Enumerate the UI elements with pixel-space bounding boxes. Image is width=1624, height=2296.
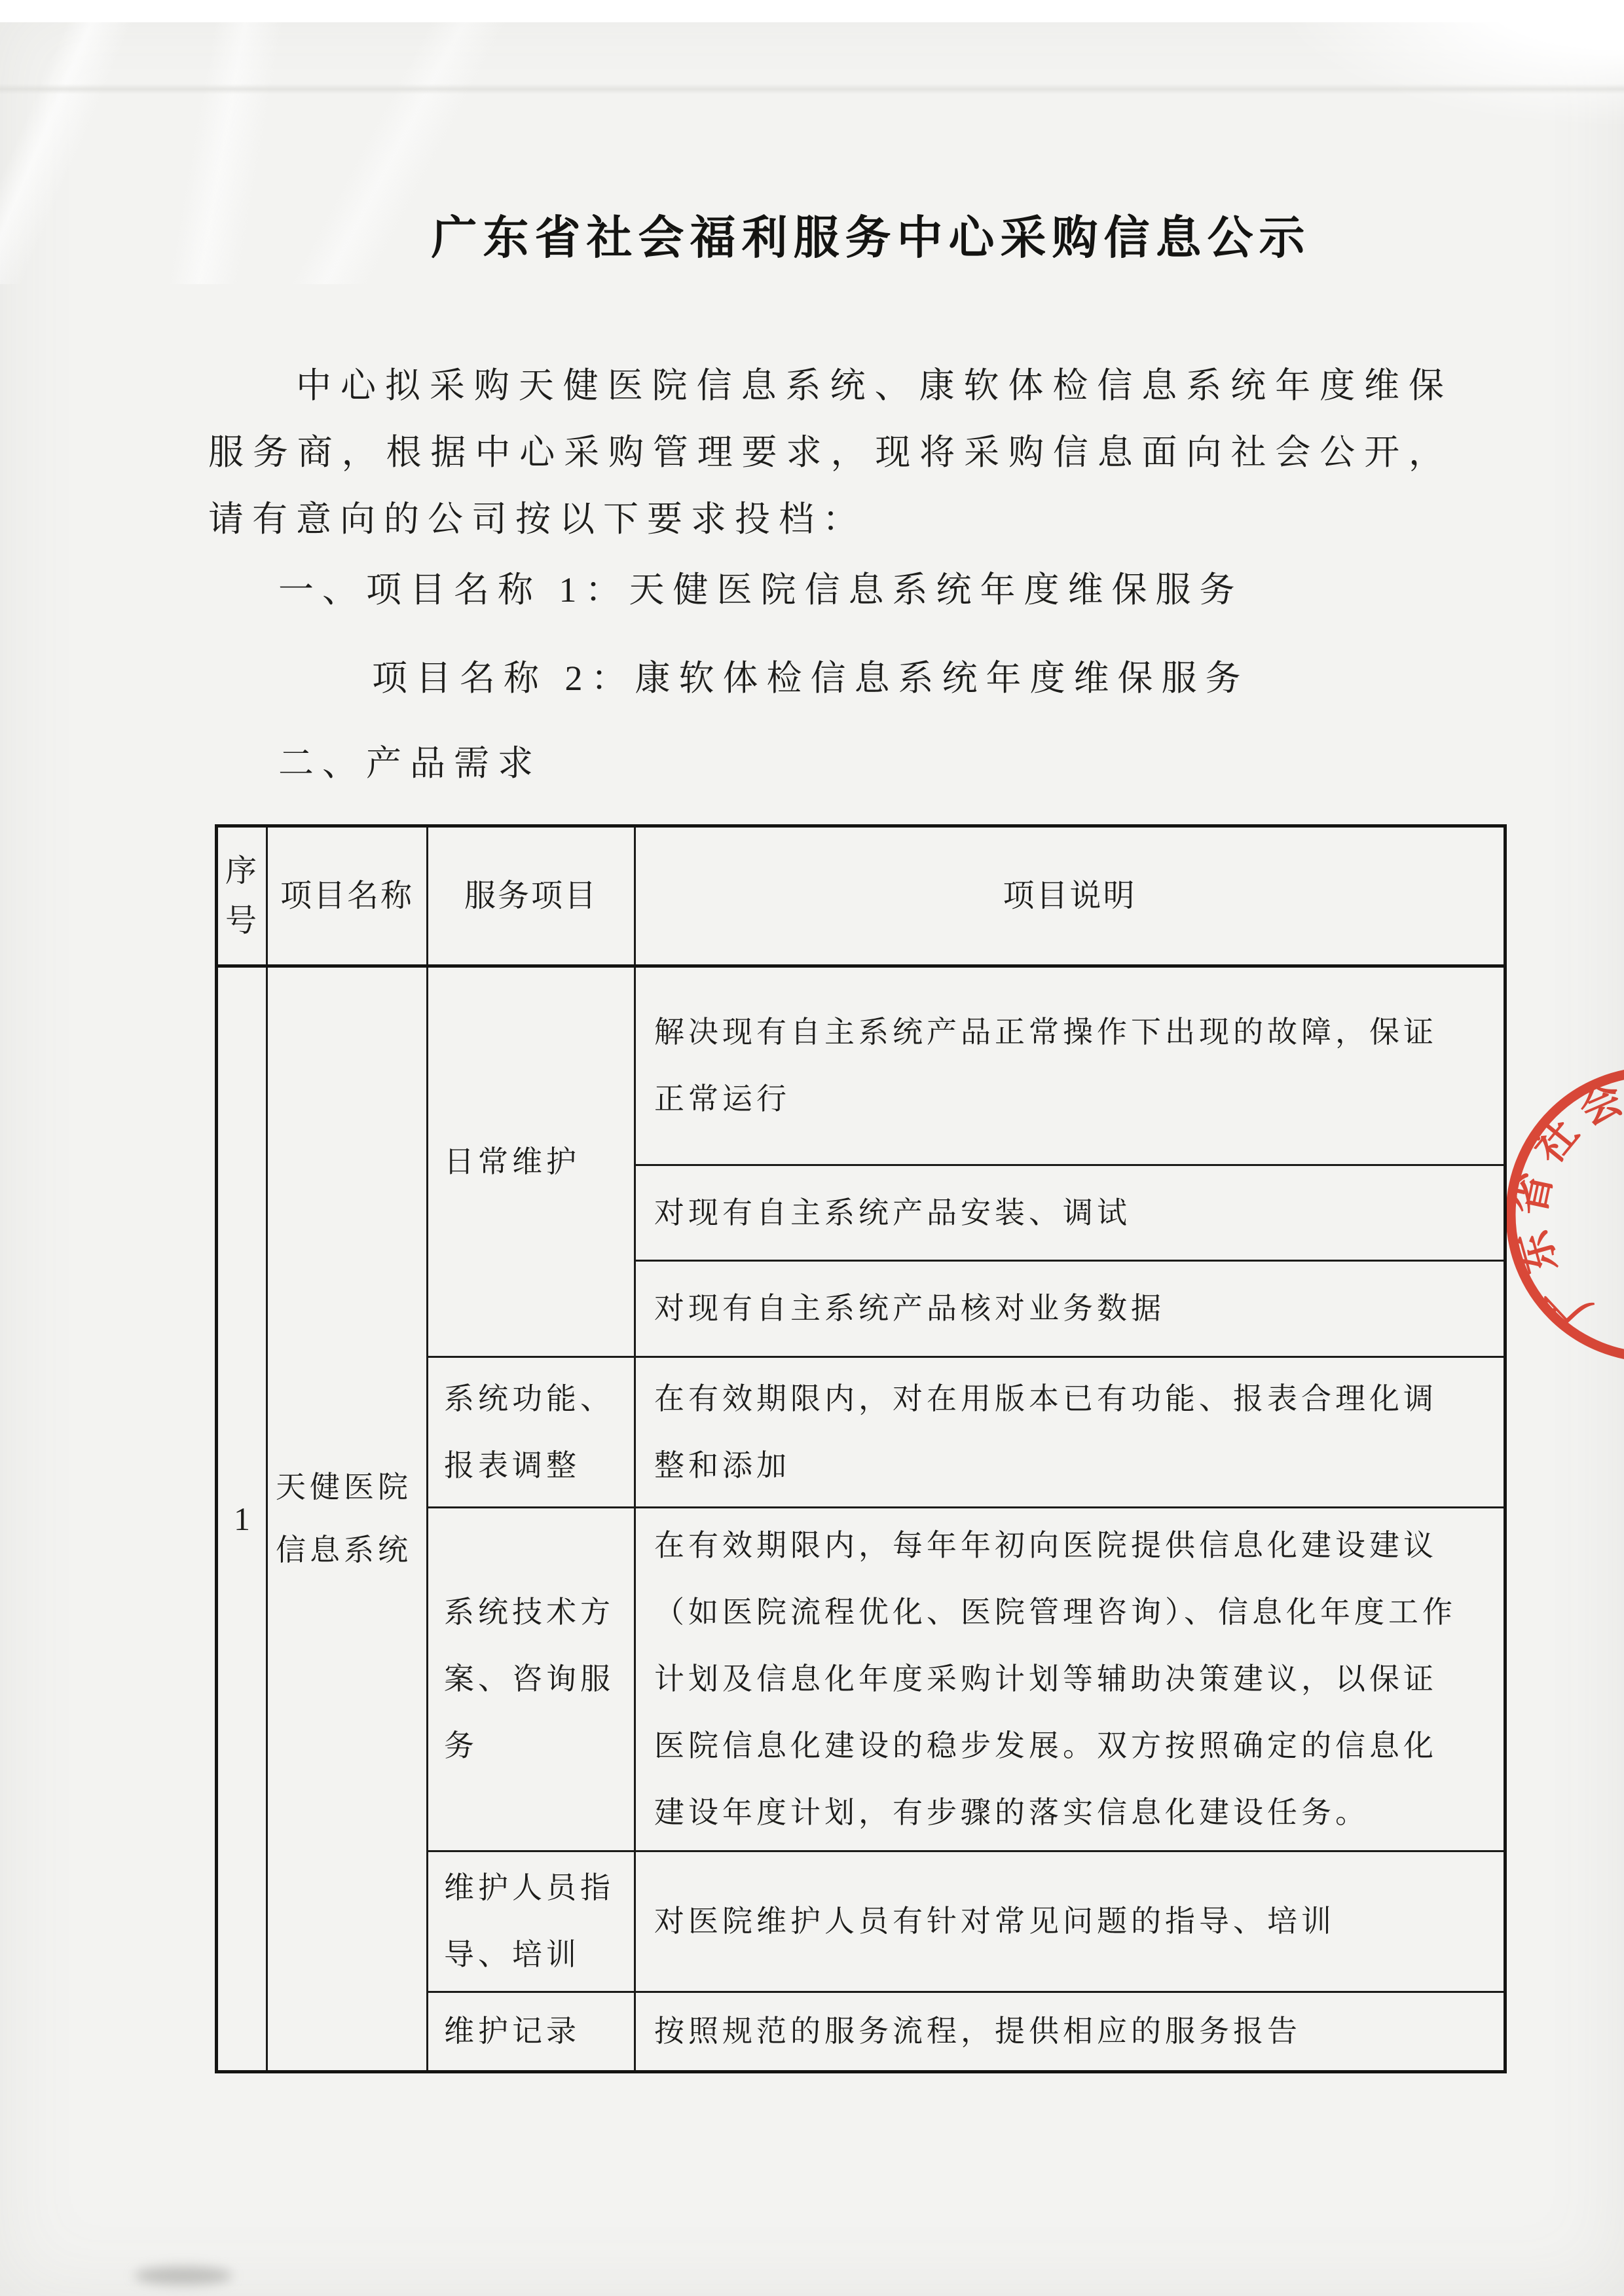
col-header-project-name: 项目名称: [267, 826, 428, 966]
product-requirements-heading: 二、产品需求: [278, 738, 542, 789]
scan-smudge: [134, 2267, 232, 2285]
document-title: 广东省社会福利服务中心采购信息公示: [288, 213, 1454, 264]
description-cell: 对现有自主系统产品核对业务数据: [635, 1261, 1505, 1357]
scan-shadow-band: [0, 84, 1624, 94]
table-row: 1 天健医院信息系统 日常维护 解决现有自主系统产品正常操作下出现的故障，保证正…: [217, 966, 1505, 1165]
col-header-description: 项目说明: [635, 826, 1505, 966]
description-cell: 对现有自主系统产品安装、调试: [635, 1165, 1505, 1261]
description-cell: 解决现有自主系统产品正常操作下出现的故障，保证正常运行: [635, 966, 1505, 1165]
scanned-document-page: 广东省社会福利服务中心采购信息公示 中心拟采购天健医院信息系统、康软体检信息系统…: [0, 0, 1624, 2296]
project-name-2-line: 项目名称 2：康软体检信息系统年度维保服务: [372, 653, 1249, 704]
seal-ring: [1511, 1072, 1624, 1357]
description-cell: 按照规范的服务流程，提供相应的服务报告: [635, 1992, 1505, 2072]
service-staff-training-cell: 维护人员指导、培训: [428, 1851, 635, 1992]
description-cell: 在有效期限内，每年年初向医院提供信息化建设建议（如医院流程优化、医院管理咨询）、…: [635, 1508, 1505, 1851]
description-cell: 在有效期限内，对在用版本已有功能、报表合理化调整和添加: [635, 1357, 1505, 1508]
page-corner-highlight: [1283, 0, 1624, 124]
service-daily-maintenance-cell: 日常维护: [428, 966, 635, 1357]
intro-paragraph: 中心拟采购天健医院信息系统、康软体检信息系统年度维保服务商，根据中心采购管理要求…: [208, 352, 1452, 553]
service-tech-consulting-cell: 系统技术方案、咨询服务: [428, 1508, 635, 1851]
row-index-cell: 1: [217, 966, 267, 2072]
table-header-row: 序号 项目名称 服务项目 项目说明: [217, 826, 1505, 966]
requirements-table: 序号 项目名称 服务项目 项目说明 1 天健医院信息系统 日常维护 解决现有自主…: [215, 824, 1507, 2073]
seal-text: 广东省社会福利服务中心: [1506, 1068, 1624, 1345]
service-function-report-cell: 系统功能、报表调整: [428, 1357, 635, 1508]
project-name-cell: 天健医院信息系统: [267, 966, 428, 2072]
col-header-service-item: 服务项目: [428, 826, 635, 966]
col-header-index: 序号: [217, 826, 267, 966]
description-cell: 对医院维护人员有针对常见问题的指导、培训: [635, 1851, 1505, 1992]
service-maintenance-record-cell: 维护记录: [428, 1992, 635, 2072]
project-name-1-line: 一、项目名称 1：天健医院信息系统年度维保服务: [278, 564, 1244, 615]
